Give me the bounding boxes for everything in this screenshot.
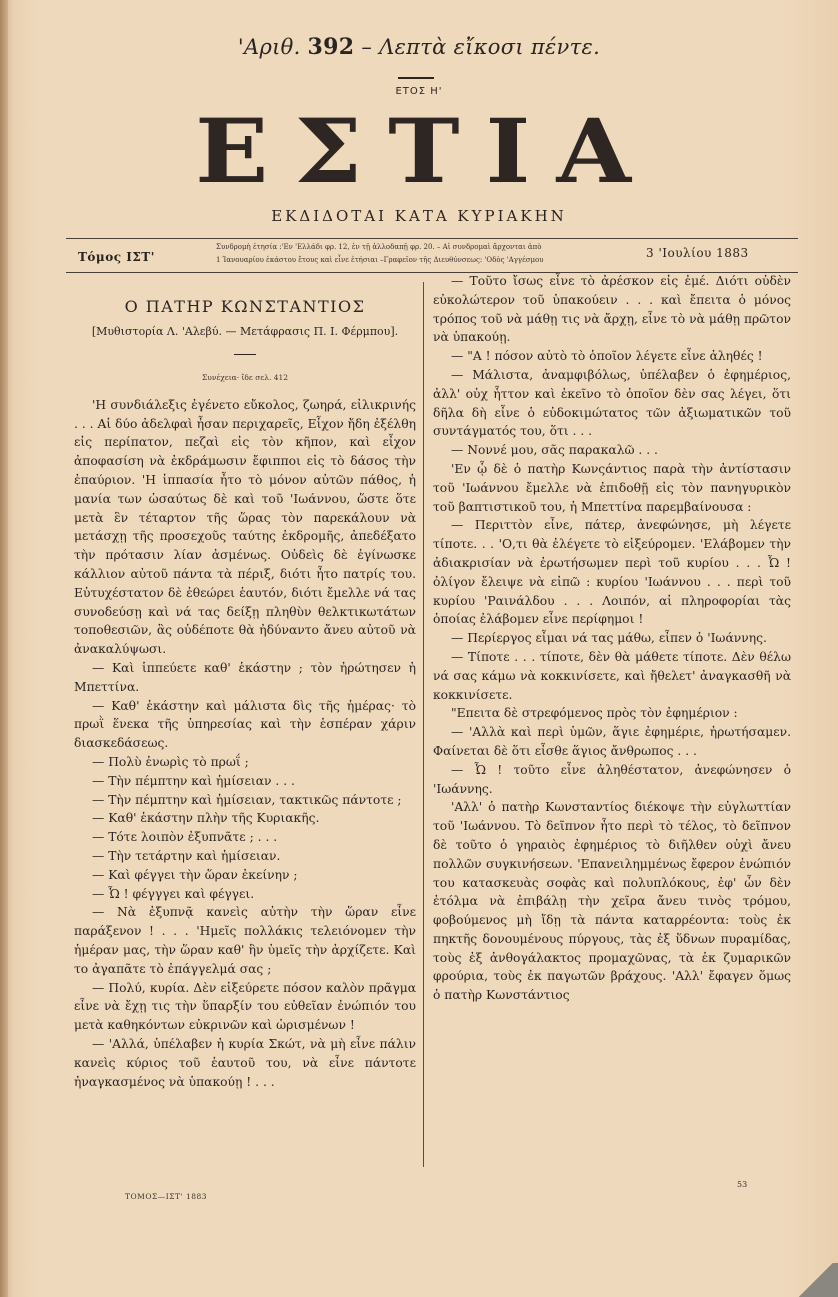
left-column: Ο ΠΑΤΗΡ ΚΩΝΣΤΑΝΤΙΟΣ [Μυθιστορία Λ. 'Αλεβ… <box>74 290 416 1091</box>
paragraph: — Τὴν πέμπτην καὶ ἡμίσειαν . . . <box>74 772 416 791</box>
masthead-title: ΕΣΤΙΑ <box>146 110 706 193</box>
page-number: 53 <box>737 1180 747 1189</box>
paragraph: — Καθ' ἑκάστην καὶ μάλιστα δὶς τῆς ἡμέρα… <box>74 697 416 753</box>
article-byline: [Μυθιστορία Λ. 'Αλεβύ. — Μετάφρασις Π. Ι… <box>74 323 416 342</box>
book-spine-shadow <box>0 0 8 1297</box>
page-corner <box>794 1263 838 1297</box>
newspaper-page: 'Αριθ. 392 – Λεπτὰ εἴκοσι πέντε. ΕΤΟΣ Η'… <box>0 0 838 1297</box>
paragraph: 'Εν ᾧ δὲ ὁ πατὴρ Κωνςάντιος παρὰ τὴν ἀντ… <box>433 460 791 516</box>
issue-line: 'Αριθ. 392 – Λεπτὰ εἴκοσι πέντε. <box>0 34 838 60</box>
right-column: — Τοῦτο ἴσως εἶνε τὸ ἀρέσκον εἰς ἐμέ. Δι… <box>433 272 791 1005</box>
paragraph: — "Α ! πόσον αὐτὸ τὸ ὁποῖον λέγετε εἶνε … <box>433 347 791 366</box>
paragraph: — Περιττὸν εἶνε, πάτερ, ἀνεφώνησε, μὴ λέ… <box>433 516 791 629</box>
paragraph: — Περίεργος εἶμαι νά τας μάθω, εἶπεν ὁ '… <box>433 629 791 648</box>
paragraph: — Τὴν τετάρτην καὶ ἡμίσειαν. <box>74 847 416 866</box>
paragraph: — Καθ' ἑκάστην πλὴν τῆς Κυριακῆς. <box>74 809 416 828</box>
paragraph: — 'Αλλὰ καὶ περὶ ὑμῶν, ἅγιε ἐφημέριε, ἠρ… <box>433 723 791 761</box>
subscription-line-1: Συνδρομὴ ἐτησία :'Εν 'Ελλάδι φρ. 12, ἐν … <box>216 241 636 254</box>
issue-price: – Λεπτὰ εἴκοσι πέντε. <box>361 35 600 59</box>
issue-number: 392 <box>308 34 355 60</box>
year-label: ΕΤΟΣ Η' <box>0 86 838 97</box>
paragraph: 'Η συνδιάλεξις ἐγένετο εὔκολος, ζωηρά, ε… <box>74 396 416 659</box>
issue-date: 3 'Ιουλίου 1883 <box>646 246 749 260</box>
paragraph: — Ὦ ! τοῦτο εἶνε ἀληθέστατον, ἀνεφώνησεν… <box>433 761 791 799</box>
paragraph: "Επειτα δὲ στρεφόμενος πρὸς τὸν ἐφημέριο… <box>433 704 791 723</box>
masthead-subtitle: ΕΚΔΙΔΟΤΑΙ ΚΑΤΑ ΚΥΡΙΑΚΗΝ <box>0 207 838 225</box>
paragraph: — Πολύ, κυρία. Δὲν εἰξεύρετε πόσον καλὸν… <box>74 979 416 1035</box>
paragraph: — Καὶ φέγγει τὴν ὥραν ἐκείνην ; <box>74 866 416 885</box>
paragraph: — Νοννέ μου, σᾶς παρακαλῶ . . . <box>433 441 791 460</box>
paragraph: — Ὦ ! φέγγγει καὶ φέγγει. <box>74 885 416 904</box>
top-rule <box>66 238 798 239</box>
paragraph: 'Αλλ' ὁ πατὴρ Κωνσταντίος διέκοψε τὴν εὐ… <box>433 798 791 1005</box>
article-title: Ο ΠΑΤΗΡ ΚΩΝΣΤΑΝΤΙΟΣ <box>74 298 416 317</box>
paragraph: — 'Αλλά, ὑπέλαβεν ἡ κυρία Σκώτ, νὰ μὴ εἶ… <box>74 1035 416 1091</box>
paragraph: — Τοῦτο ἴσως εἶνε τὸ ἀρέσκον εἰς ἐμέ. Δι… <box>433 272 791 347</box>
volume-label: Τόμος ΙΣΤ' <box>78 250 155 264</box>
paragraph: — Νὰ ἐξυπνᾷ κανεὶς αὐτὴν τὴν ὥραν εἶνε π… <box>74 903 416 978</box>
continuation-note: Συνέχεια· ἴδε σελ. 412 <box>74 369 416 388</box>
paragraph: — Μάλιστα, ἀναμφιβόλως, ὑπέλαβεν ὁ ἐφημέ… <box>433 366 791 441</box>
footer-volume: ΤΟΜΟΣ—ΙΣΤ' 1883 <box>125 1192 207 1201</box>
paragraph: — Καὶ ἱππεύετε καθ' ἑκάστην ; τὸν ἠρώτησ… <box>74 659 416 697</box>
column-divider <box>423 282 424 1167</box>
issue-prefix: 'Αριθ. <box>238 35 301 59</box>
paragraph: — Τίποτε . . . τίποτε, δὲν θὰ μάθετε τίπ… <box>433 648 791 704</box>
paragraph: — Πολὺ ἐνωρὶς τὸ πρωΐ ; <box>74 753 416 772</box>
paragraph: — Τὴν πέμπτην καὶ ἡμίσειαν, τακτικῶς πάν… <box>74 791 416 810</box>
title-dash <box>234 354 256 356</box>
subscription-line-2: 1 Ἰανουαρίου ἑκάστου ἔτους καὶ εἶνε ἐτήσ… <box>216 254 636 267</box>
short-rule <box>398 77 434 79</box>
paragraph: — Τότε λοιπὸν ἐξυπνᾶτε ; . . . <box>74 828 416 847</box>
info-bar: Τόμος ΙΣΤ' Συνδρομὴ ἐτησία :'Εν 'Ελλάδι … <box>66 240 798 272</box>
subscription-info: Συνδρομὴ ἐτησία :'Εν 'Ελλάδι φρ. 12, ἐν … <box>216 241 636 267</box>
